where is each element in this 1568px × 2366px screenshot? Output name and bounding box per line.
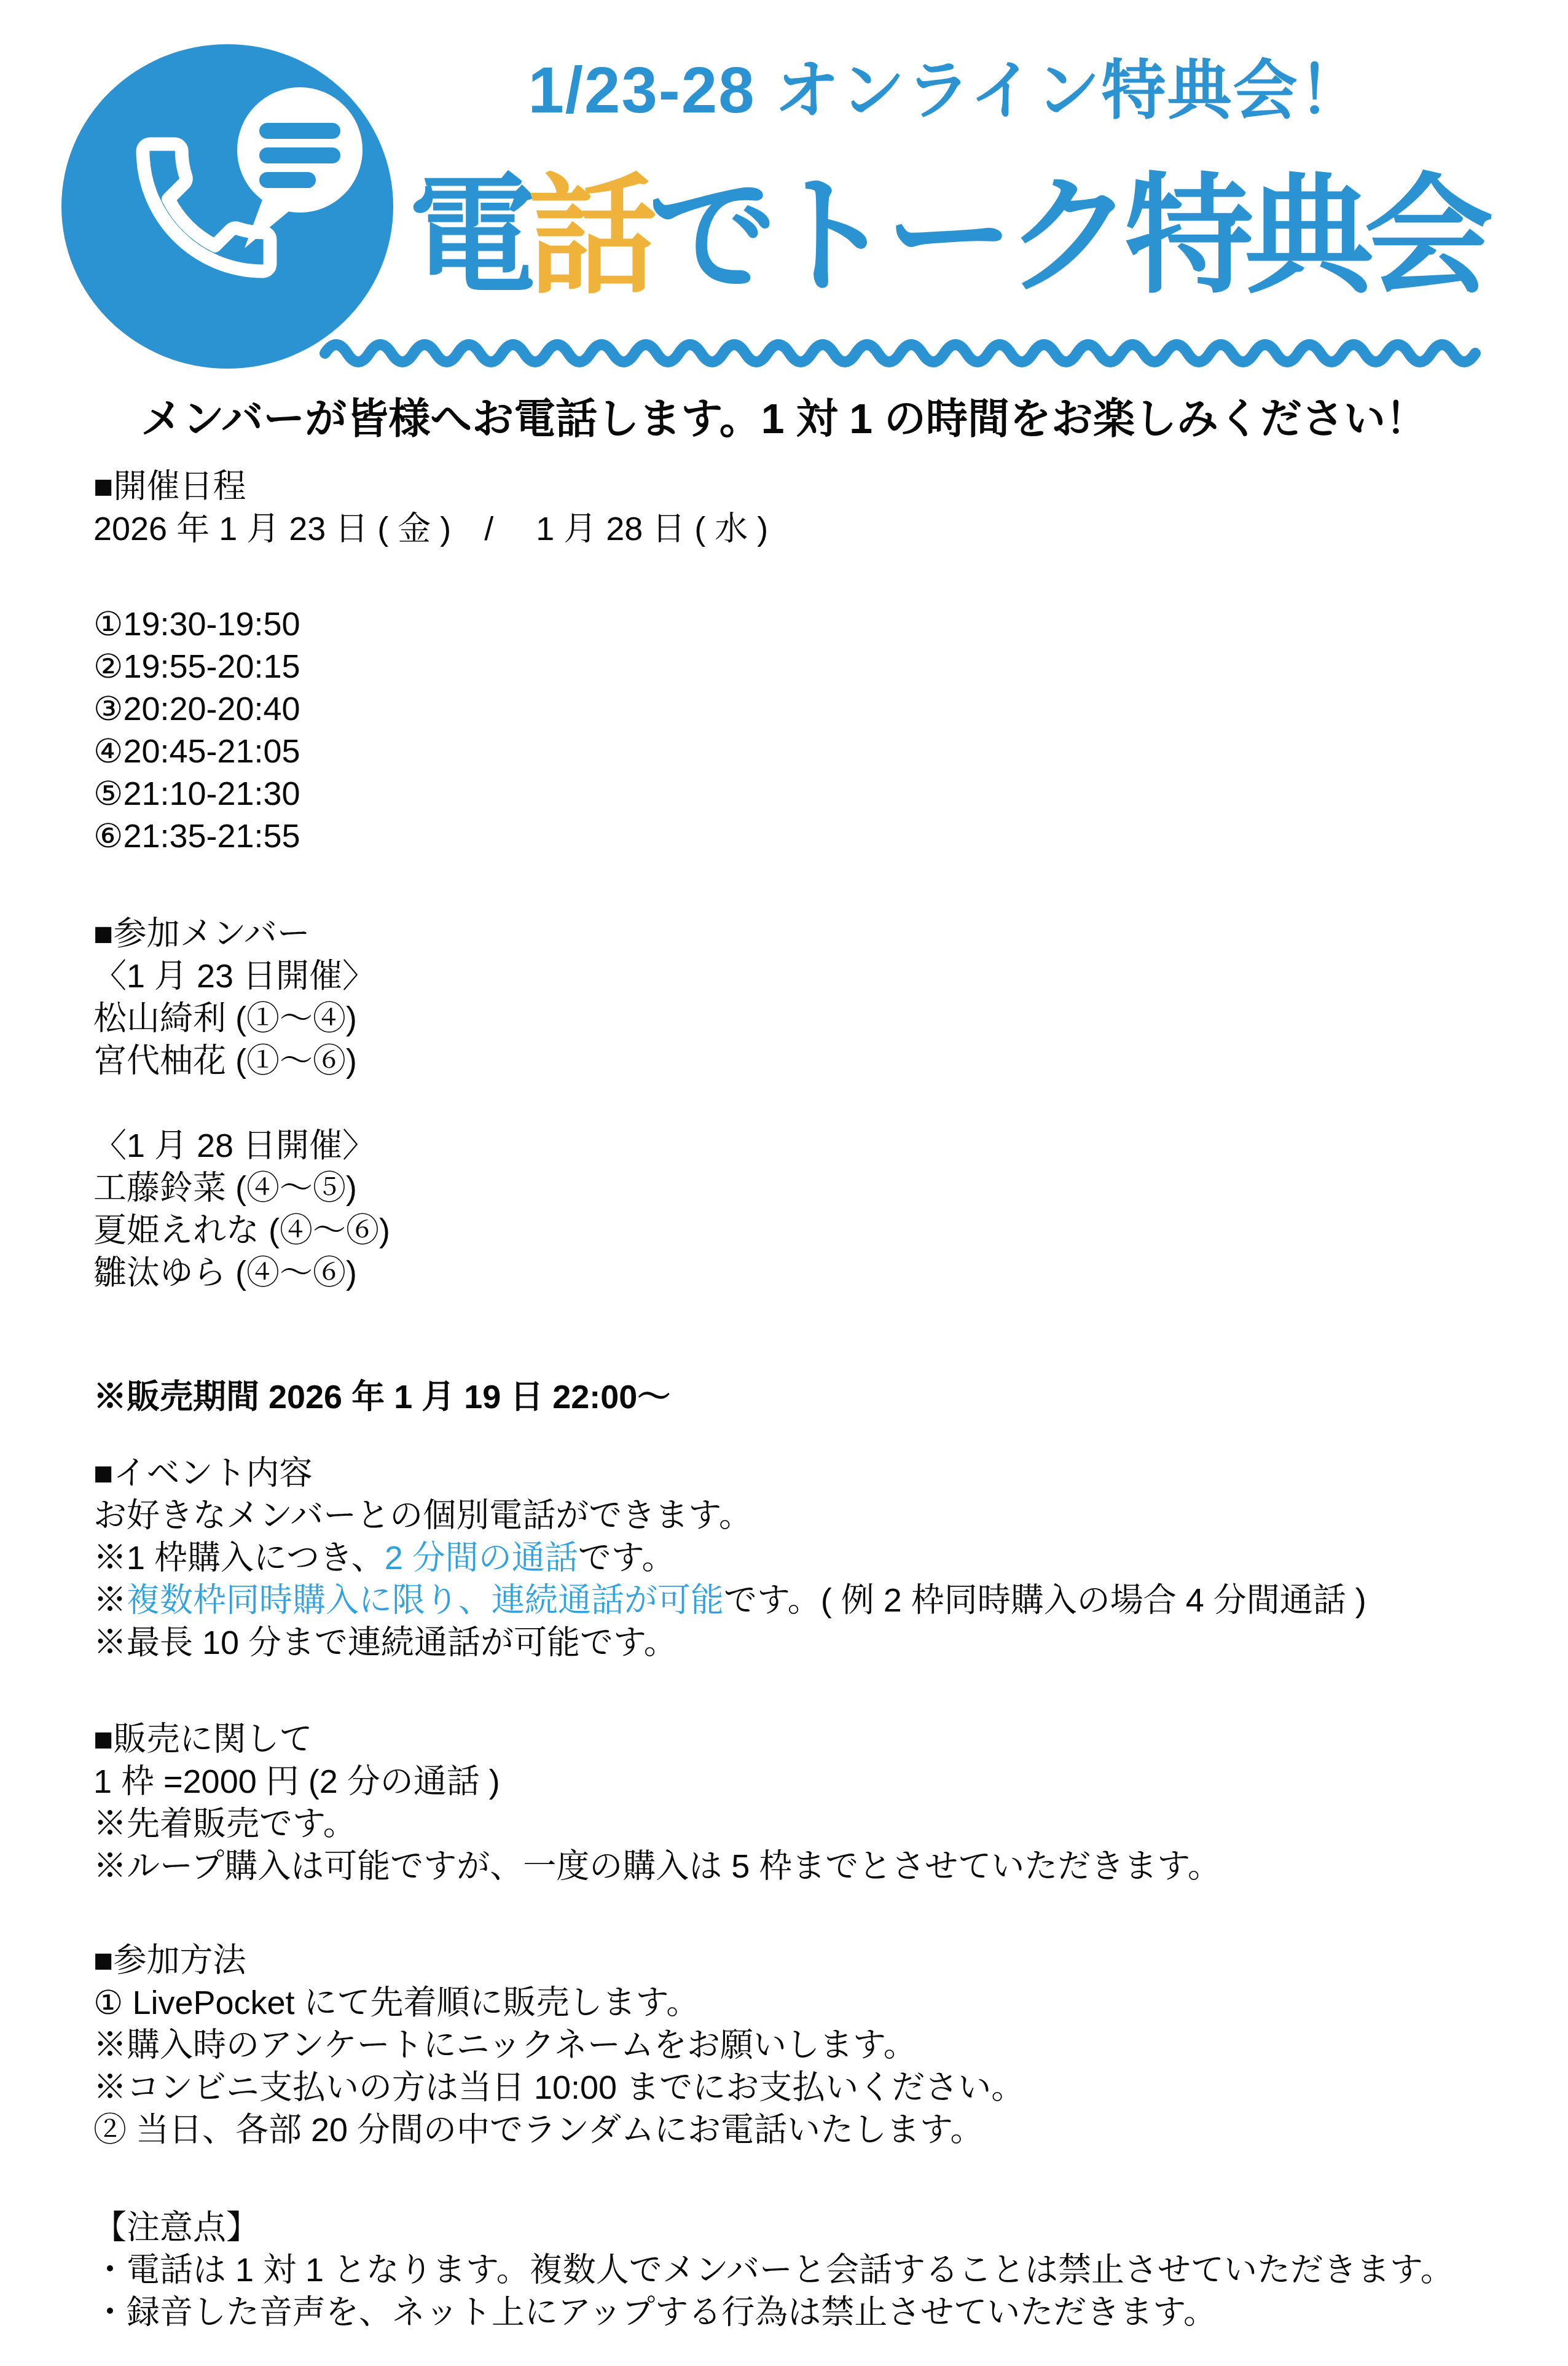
howto-line: ※購入時のアンケートにニックネームをお願いします。 [93, 2024, 1507, 2067]
members-heading: ■参加メンバー [93, 913, 1507, 955]
event-line: ※最長 10 分まで連続通話が可能です。 [93, 1622, 1507, 1664]
schedule-slot: ②19:55-20:15 [93, 646, 1507, 688]
sales-line: 1 枠 =2000 円 (2 分の通話 ) [93, 1761, 1507, 1803]
howto-line: ② 当日、各部 20 分間の中でランダムにお電話いたします。 [93, 2109, 1507, 2152]
schedule-slot: ③20:20-20:40 [93, 688, 1507, 731]
main-title-part1: 電 [409, 164, 528, 308]
members-day1-label: 〈1 月 23 日開催〉 [93, 955, 1507, 998]
howto-heading: ■参加方法 [93, 1940, 1507, 1982]
howto-line: ※コンビニ支払いの方は当日 10:00 までにお支払いください。 [93, 2067, 1507, 2109]
sales-heading: ■販売に関して [93, 1718, 1507, 1761]
event-heading: ■イベント内容 [93, 1452, 1507, 1495]
event-section: ■イベント内容 お好きなメンバーとの個別電話ができます。 ※1 枠購入につき、2… [93, 1452, 1507, 1664]
schedule-heading: ■開催日程 [93, 466, 1507, 508]
members-day2-label: 〈1 月 28 日開催〉 [93, 1125, 1507, 1167]
event-line2-post: です。 [578, 1540, 675, 1577]
member-name: 宮代柚花 (①～⑥) [93, 1040, 1507, 1083]
header-date-title: 1/23-28 オンライン特典会！ [393, 55, 1499, 126]
schedule-slot: ⑤21:10-21:30 [93, 773, 1507, 815]
member-name: 雛汰ゆら (④～⑥) [93, 1252, 1507, 1295]
notes-section: 【注意点】 ・電話は 1 対 1 となります。複数人でメンバーと会話することは禁… [93, 2207, 1507, 2334]
main-title-accent: 話 [528, 164, 648, 308]
member-name: 工藤鈴菜 (④～⑤) [93, 1167, 1507, 1210]
bubble-line-3 [259, 172, 316, 188]
schedule-slot-list: ①19:30-19:50 ②19:55-20:15 ③20:20-20:40 ④… [93, 603, 1507, 858]
sales-section: ■販売に関して 1 枠 =2000 円 (2 分の通話 ) ※先着販売です。 ※… [93, 1718, 1507, 1888]
event-line: お好きなメンバーとの個別電話ができます。 [93, 1495, 1507, 1537]
members-day2-block: 〈1 月 28 日開催〉 工藤鈴菜 (④～⑤) 夏姫えれな (④～⑥) 雛汰ゆら… [93, 1125, 1507, 1295]
wavy-underline-path [325, 345, 1475, 362]
notes-line: ・電話は 1 対 1 となります。複数人でメンバーと会話することは禁止させていた… [93, 2249, 1507, 2292]
icon-circle [61, 44, 393, 369]
howto-section: ■参加方法 ① LivePocket にて先着順に販売します。 ※購入時のアンケ… [93, 1940, 1507, 2152]
event-line: ※1 枠購入につき、2 分間の通話です。 [93, 1537, 1507, 1580]
wavy-underline [319, 334, 1499, 373]
members-section: ■参加メンバー 〈1 月 23 日開催〉 松山綺利 (①～④) 宮代柚花 (①～… [93, 913, 1507, 1295]
notes-line: ・録音した音声を、ネット上にアップする行為は禁止させていただきます。 [93, 2292, 1507, 2334]
howto-line: ① LivePocket にて先着順に販売します。 [93, 1982, 1507, 2024]
event-line3-post: です。( 例 2 枠同時購入の場合 4 分間通話 ) [724, 1582, 1366, 1619]
main-title: 電話でトーク特典会 [393, 157, 1499, 316]
subtitle: メンバーが皆様へお電話します。1 対 1 の時間をお楽しみください！ [0, 386, 1568, 445]
sales-line: ※ループ購入は可能ですが、一度の購入は 5 枠までとさせていただきます。 [93, 1846, 1507, 1888]
flyer-page: 1/23-28 オンライン特典会！ 電話でトーク特典会 メンバーが皆様へお電話し… [0, 0, 1568, 2366]
main-title-part3: でトーク特典会 [648, 164, 1484, 308]
schedule-date-line: 2026 年 1 月 23 日 ( 金 ) / 1 月 28 日 ( 水 ) [93, 508, 1507, 550]
member-name: 夏姫えれな (④～⑥) [93, 1210, 1507, 1252]
event-line3-pre: ※ [93, 1582, 127, 1619]
event-line3-highlight: 複数枠同時購入に限り、連続通話が可能 [127, 1582, 724, 1619]
member-name: 松山綺利 (①～④) [93, 998, 1507, 1040]
bubble-line-1 [259, 123, 340, 139]
event-line2-pre: ※1 枠購入につき、 [93, 1540, 385, 1577]
sales-line: ※先着販売です。 [93, 1803, 1507, 1846]
event-line: ※複数枠同時購入に限り、連続通話が可能です。( 例 2 枠同時購入の場合 4 分… [93, 1580, 1507, 1622]
schedule-slot: ①19:30-19:50 [93, 603, 1507, 646]
event-line2-highlight: 2 分間の通話 [385, 1540, 578, 1577]
schedule-slot: ④20:45-21:05 [93, 731, 1507, 773]
sale-period-line: ※販売期間 2026 年 1 月 19 日 22:00～ [93, 1376, 1507, 1419]
body-text: ■開催日程 2026 年 1 月 23 日 ( 金 ) / 1 月 28 日 (… [93, 466, 1507, 2334]
notes-heading: 【注意点】 [93, 2207, 1507, 2249]
schedule-slot: ⑥21:35-21:55 [93, 815, 1507, 858]
bubble-line-2 [259, 147, 340, 163]
phone-chat-icon [61, 44, 393, 369]
